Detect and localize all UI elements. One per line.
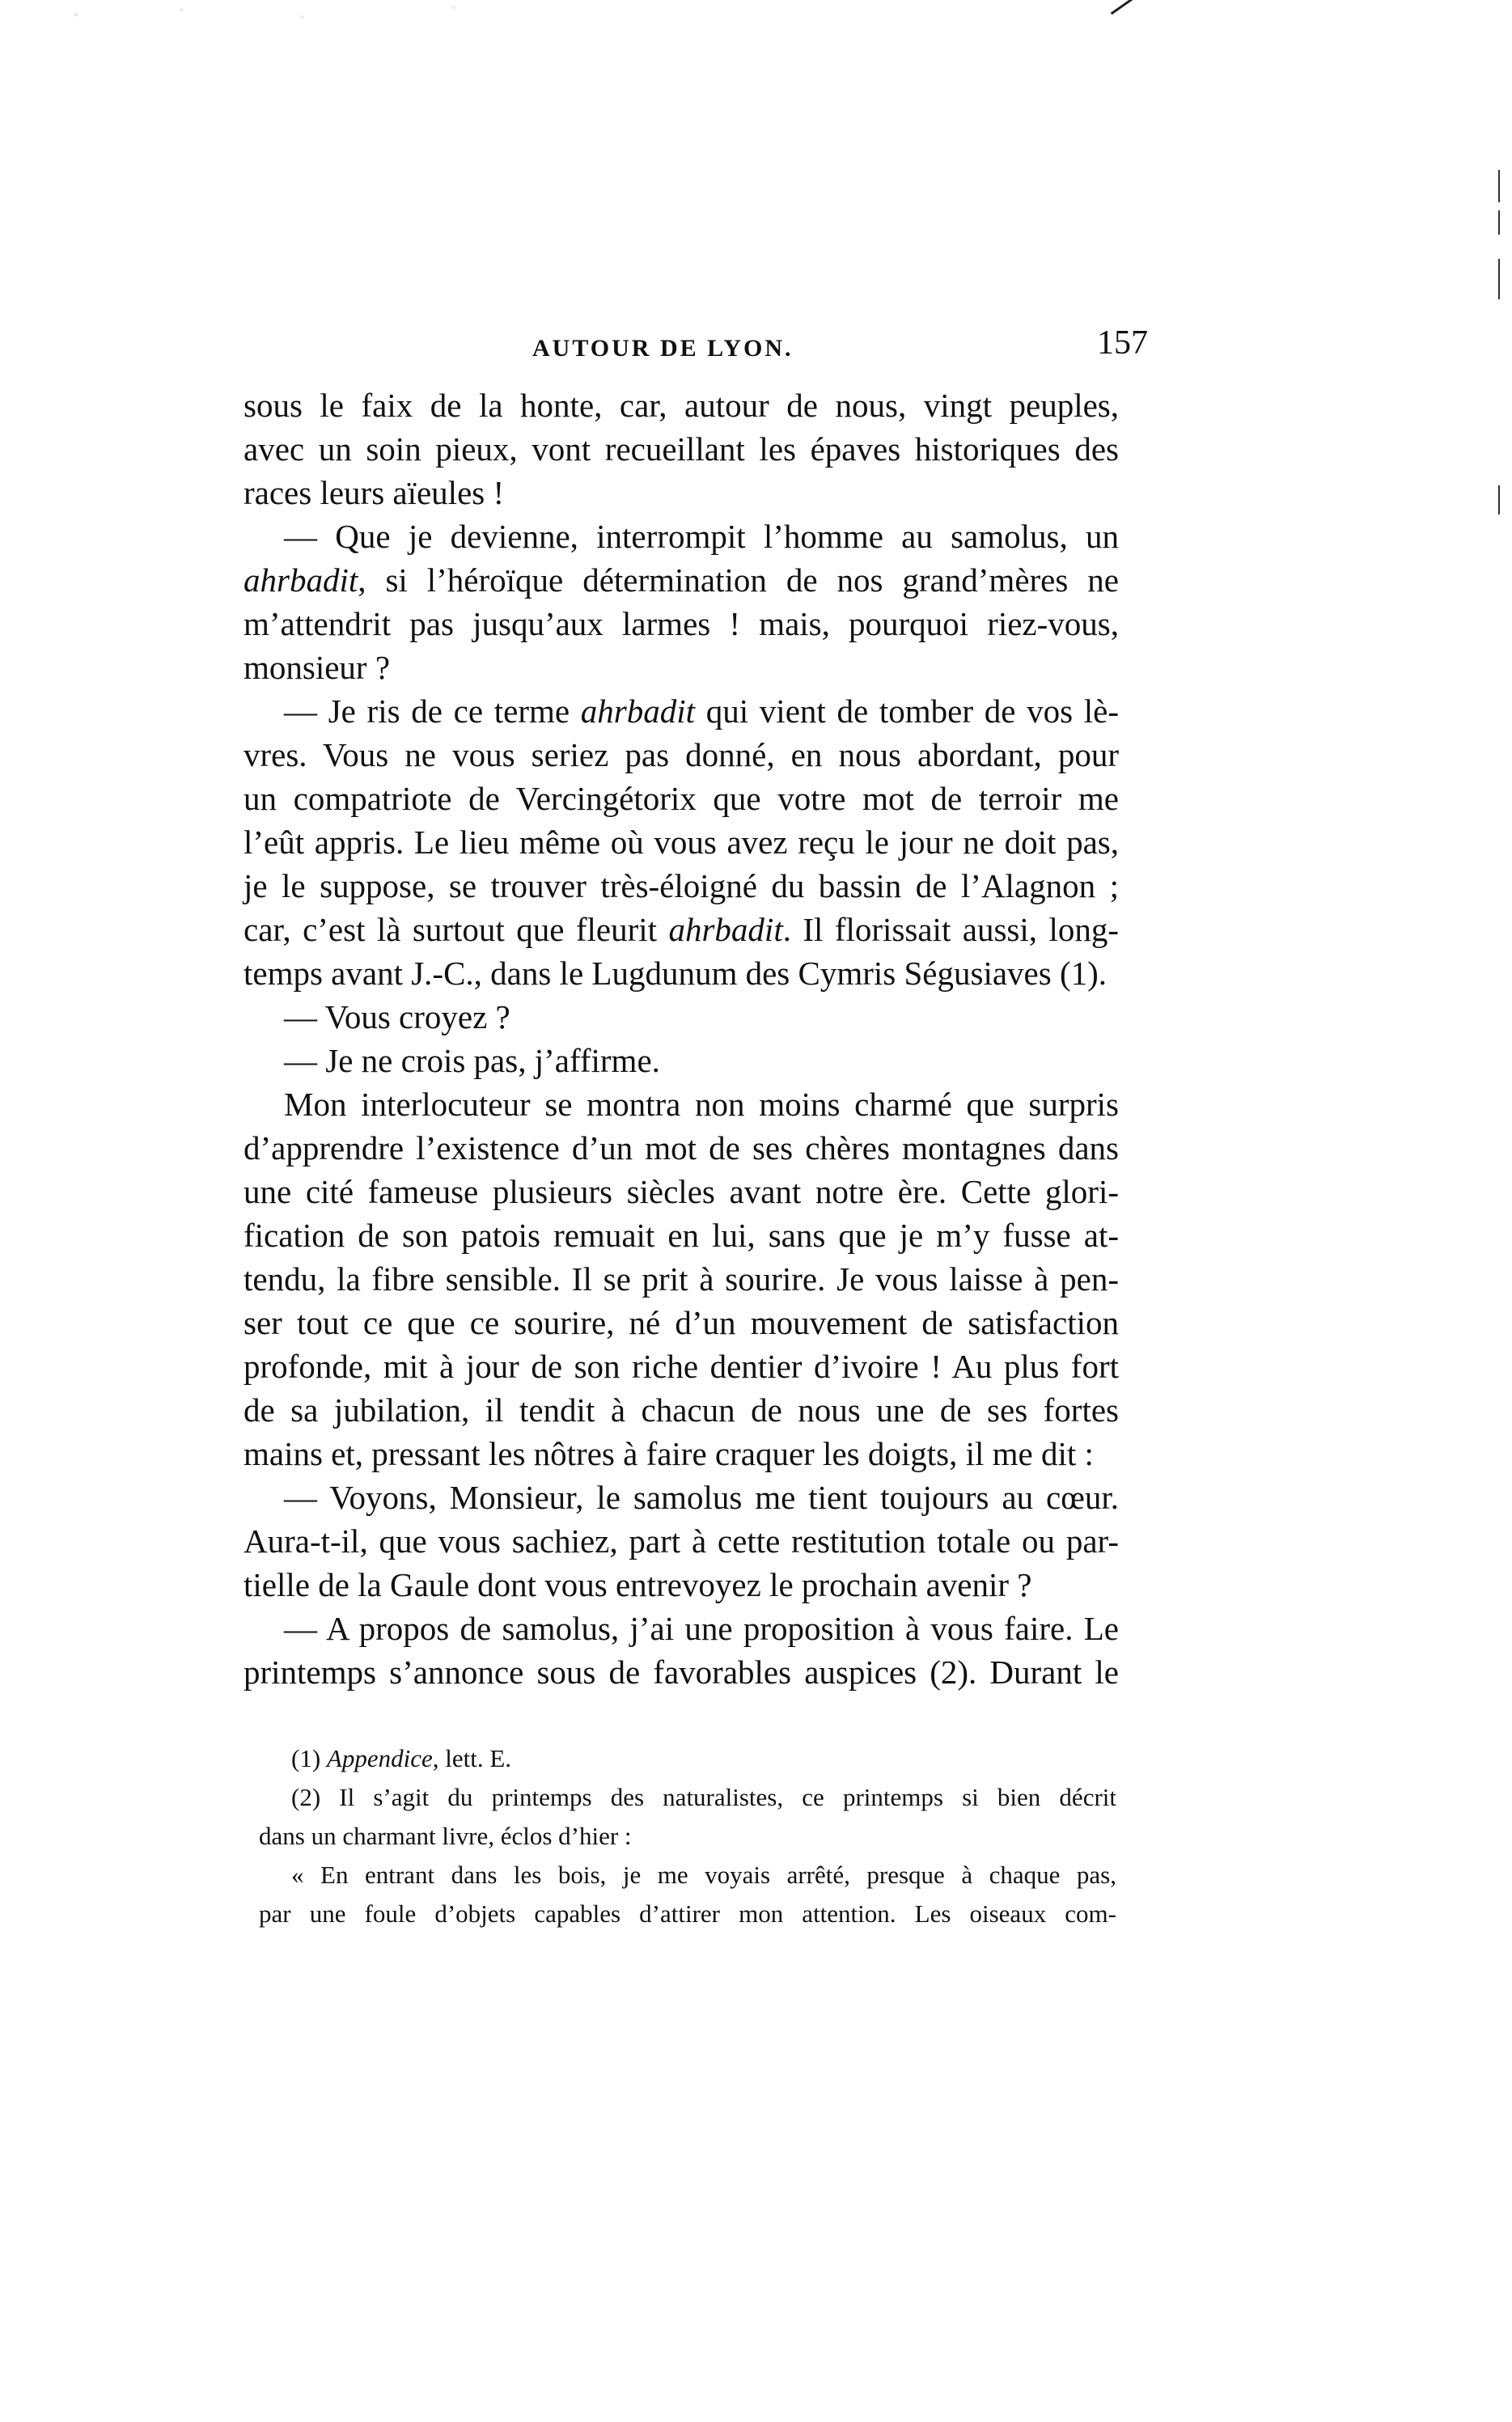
text-segment: — Que je devienne, interrompit l’homme a… [284,518,1119,555]
body-line: Mon interlocuteur se montra non moins ch… [244,1082,1119,1126]
body-line: — Je ris de ce terme ahrbadit qui vient … [244,689,1119,733]
text-segment: monsieur ? [244,649,390,686]
text-segment: m’attendrit pas jusqu’aux larmes ! mais,… [244,605,1119,642]
body-line: avec un soin pieux, vont recueillant les… [244,427,1119,471]
body-line: races leurs aïeules ! [244,471,1119,514]
text-segment: je le suppose, se trouver très-éloigné d… [244,867,1119,904]
text-segment: profonde, mit à jour de son riche dentie… [244,1348,1119,1385]
body-line: sous le faix de la honte, car, autour de… [244,383,1119,427]
footnote-line: « En entrant dans les bois, je me voyais… [259,1856,1116,1895]
text-segment: « En entrant dans les bois, je me voyais… [291,1861,1116,1889]
body-line: — Vous croyez ? [244,995,1119,1039]
body-line: tielle de la Gaule dont vous entrevoyez … [244,1563,1119,1607]
text-segment: — Je ne crois pas, j’affirme. [284,1042,660,1079]
text-segment: — Vous croyez ? [284,998,510,1035]
body-line: m’attendrit pas jusqu’aux larmes ! mais,… [244,602,1119,646]
text-segment: races leurs aïeules ! [244,474,504,511]
text-segment: fication de son patois remuait en lui, s… [244,1217,1119,1254]
page-number: 157 [1097,324,1148,362]
body-line: d’apprendre l’existence d’un mot de ses … [244,1126,1119,1170]
text-segment: de sa jubilation, il tendit à chacun de … [244,1391,1119,1429]
text-segment: l’eût appris. Le lieu même où vous avez … [244,824,1119,861]
body-line: mains et, pressant les nôtres à faire cr… [244,1432,1119,1476]
text-segment: temps avant J.-C., dans le Lugdunum des … [244,955,1107,992]
text-segment: (1) [291,1744,327,1772]
text-segment: — A propos de samolus, j’ai une proposit… [284,1610,1119,1647]
scan-edge-mark [1498,485,1500,514]
text-segment: vres. Vous ne vous seriez pas donné, en … [244,736,1119,773]
text-segment: d’apprendre l’existence d’un mot de ses … [244,1129,1119,1167]
footnotes: (1) Appendice, lett. E.(2) Il s’agit du … [259,1739,1116,1933]
text-segment: qui vient de tomber de vos lè- [695,692,1119,730]
text-segment: un compatriote de Vercingétorix que votr… [244,780,1119,817]
body-line: — Voyons, Monsieur, le samolus me tient … [244,1476,1119,1519]
footnote-line: (1) Appendice, lett. E. [259,1739,1116,1778]
running-head: AUTOUR DE LYON. [532,335,794,362]
body-line: fication de son patois remuait en lui, s… [244,1213,1119,1257]
scan-noise-top-edge [0,0,1512,49]
body-line: je le suppose, se trouver très-éloigné d… [244,864,1119,908]
scan-edge-mark [1498,170,1500,202]
footnote-line: (2) Il s’agit du printemps des naturalis… [259,1778,1116,1817]
text-segment: Aura-t-il, que vous sachiez, part à cett… [244,1522,1119,1560]
body-line: monsieur ? [244,646,1119,689]
body-line: l’eût appris. Le lieu même où vous avez … [244,820,1119,864]
italic-term: ahrbadit [668,911,782,948]
footnote-line: par une foule d’objets capables d’attire… [259,1895,1116,1933]
body-line: printemps s’annonce sous de favorables a… [244,1650,1119,1694]
italic-term: ahrbadit [244,561,358,599]
body-text: sous le faix de la honte, car, autour de… [244,383,1119,1694]
body-line: — Je ne crois pas, j’affirme. [244,1039,1119,1082]
footnote-line: dans un charmant livre, éclos d’hier : [259,1817,1116,1856]
text-segment: avec un soin pieux, vont recueillant les… [244,430,1119,468]
italic-term: ahrbadit [581,692,695,730]
body-line: un compatriote de Vercingétorix que votr… [244,777,1119,820]
body-line: ahrbadit, si l’héroïque détermination de… [244,558,1119,602]
body-line: Aura-t-il, que vous sachiez, part à cett… [244,1519,1119,1563]
text-segment: mains et, pressant les nôtres à faire cr… [244,1435,1094,1472]
italic-term: Appendice [327,1744,433,1772]
body-line: profonde, mit à jour de son riche dentie… [244,1344,1119,1388]
body-line: car, c’est là surtout que fleurit ahrbad… [244,908,1119,951]
text-segment: car, c’est là surtout que fleurit [244,911,668,948]
text-segment: printemps s’annonce sous de favorables a… [244,1653,1119,1691]
scan-edge-mark [1498,259,1500,299]
text-segment: — Voyons, Monsieur, le samolus me tient … [284,1479,1119,1516]
text-segment: une cité fameuse plusieurs siècles avant… [244,1173,1119,1210]
text-segment: tielle de la Gaule dont vous entrevoyez … [244,1566,1032,1603]
text-segment: dans un charmant livre, éclos d’hier : [259,1822,632,1850]
text-segment: Mon interlocuteur se montra non moins ch… [284,1086,1119,1123]
body-line: tendu, la fibre sensible. Il se prit à s… [244,1257,1119,1301]
text-segment: — Je ris de ce terme [284,692,581,730]
scan-edge-mark [1498,210,1500,235]
text-segment: tendu, la fibre sensible. Il se prit à s… [244,1260,1119,1298]
body-line: de sa jubilation, il tendit à chacun de … [244,1388,1119,1432]
body-line: temps avant J.-C., dans le Lugdunum des … [244,951,1119,995]
text-segment: , lett. E. [433,1744,511,1772]
text-segment: (2) Il s’agit du printemps des naturalis… [291,1783,1116,1811]
body-line: — Que je devienne, interrompit l’homme a… [244,514,1119,558]
text-segment: , si l’héroïque détermination de nos gra… [358,561,1119,599]
body-line: une cité fameuse plusieurs siècles avant… [244,1170,1119,1213]
body-line: ser tout ce que ce sourire, né d’un mouv… [244,1301,1119,1344]
text-segment: sous le faix de la honte, car, autour de… [244,387,1119,424]
body-line: vres. Vous ne vous seriez pas donné, en … [244,733,1119,777]
text-segment: par une foule d’objets capables d’attire… [259,1899,1116,1928]
text-segment: ser tout ce que ce sourire, né d’un mouv… [244,1304,1119,1341]
body-line: — A propos de samolus, j’ai une proposit… [244,1607,1119,1650]
text-segment: . Il florissait aussi, long- [783,911,1119,948]
